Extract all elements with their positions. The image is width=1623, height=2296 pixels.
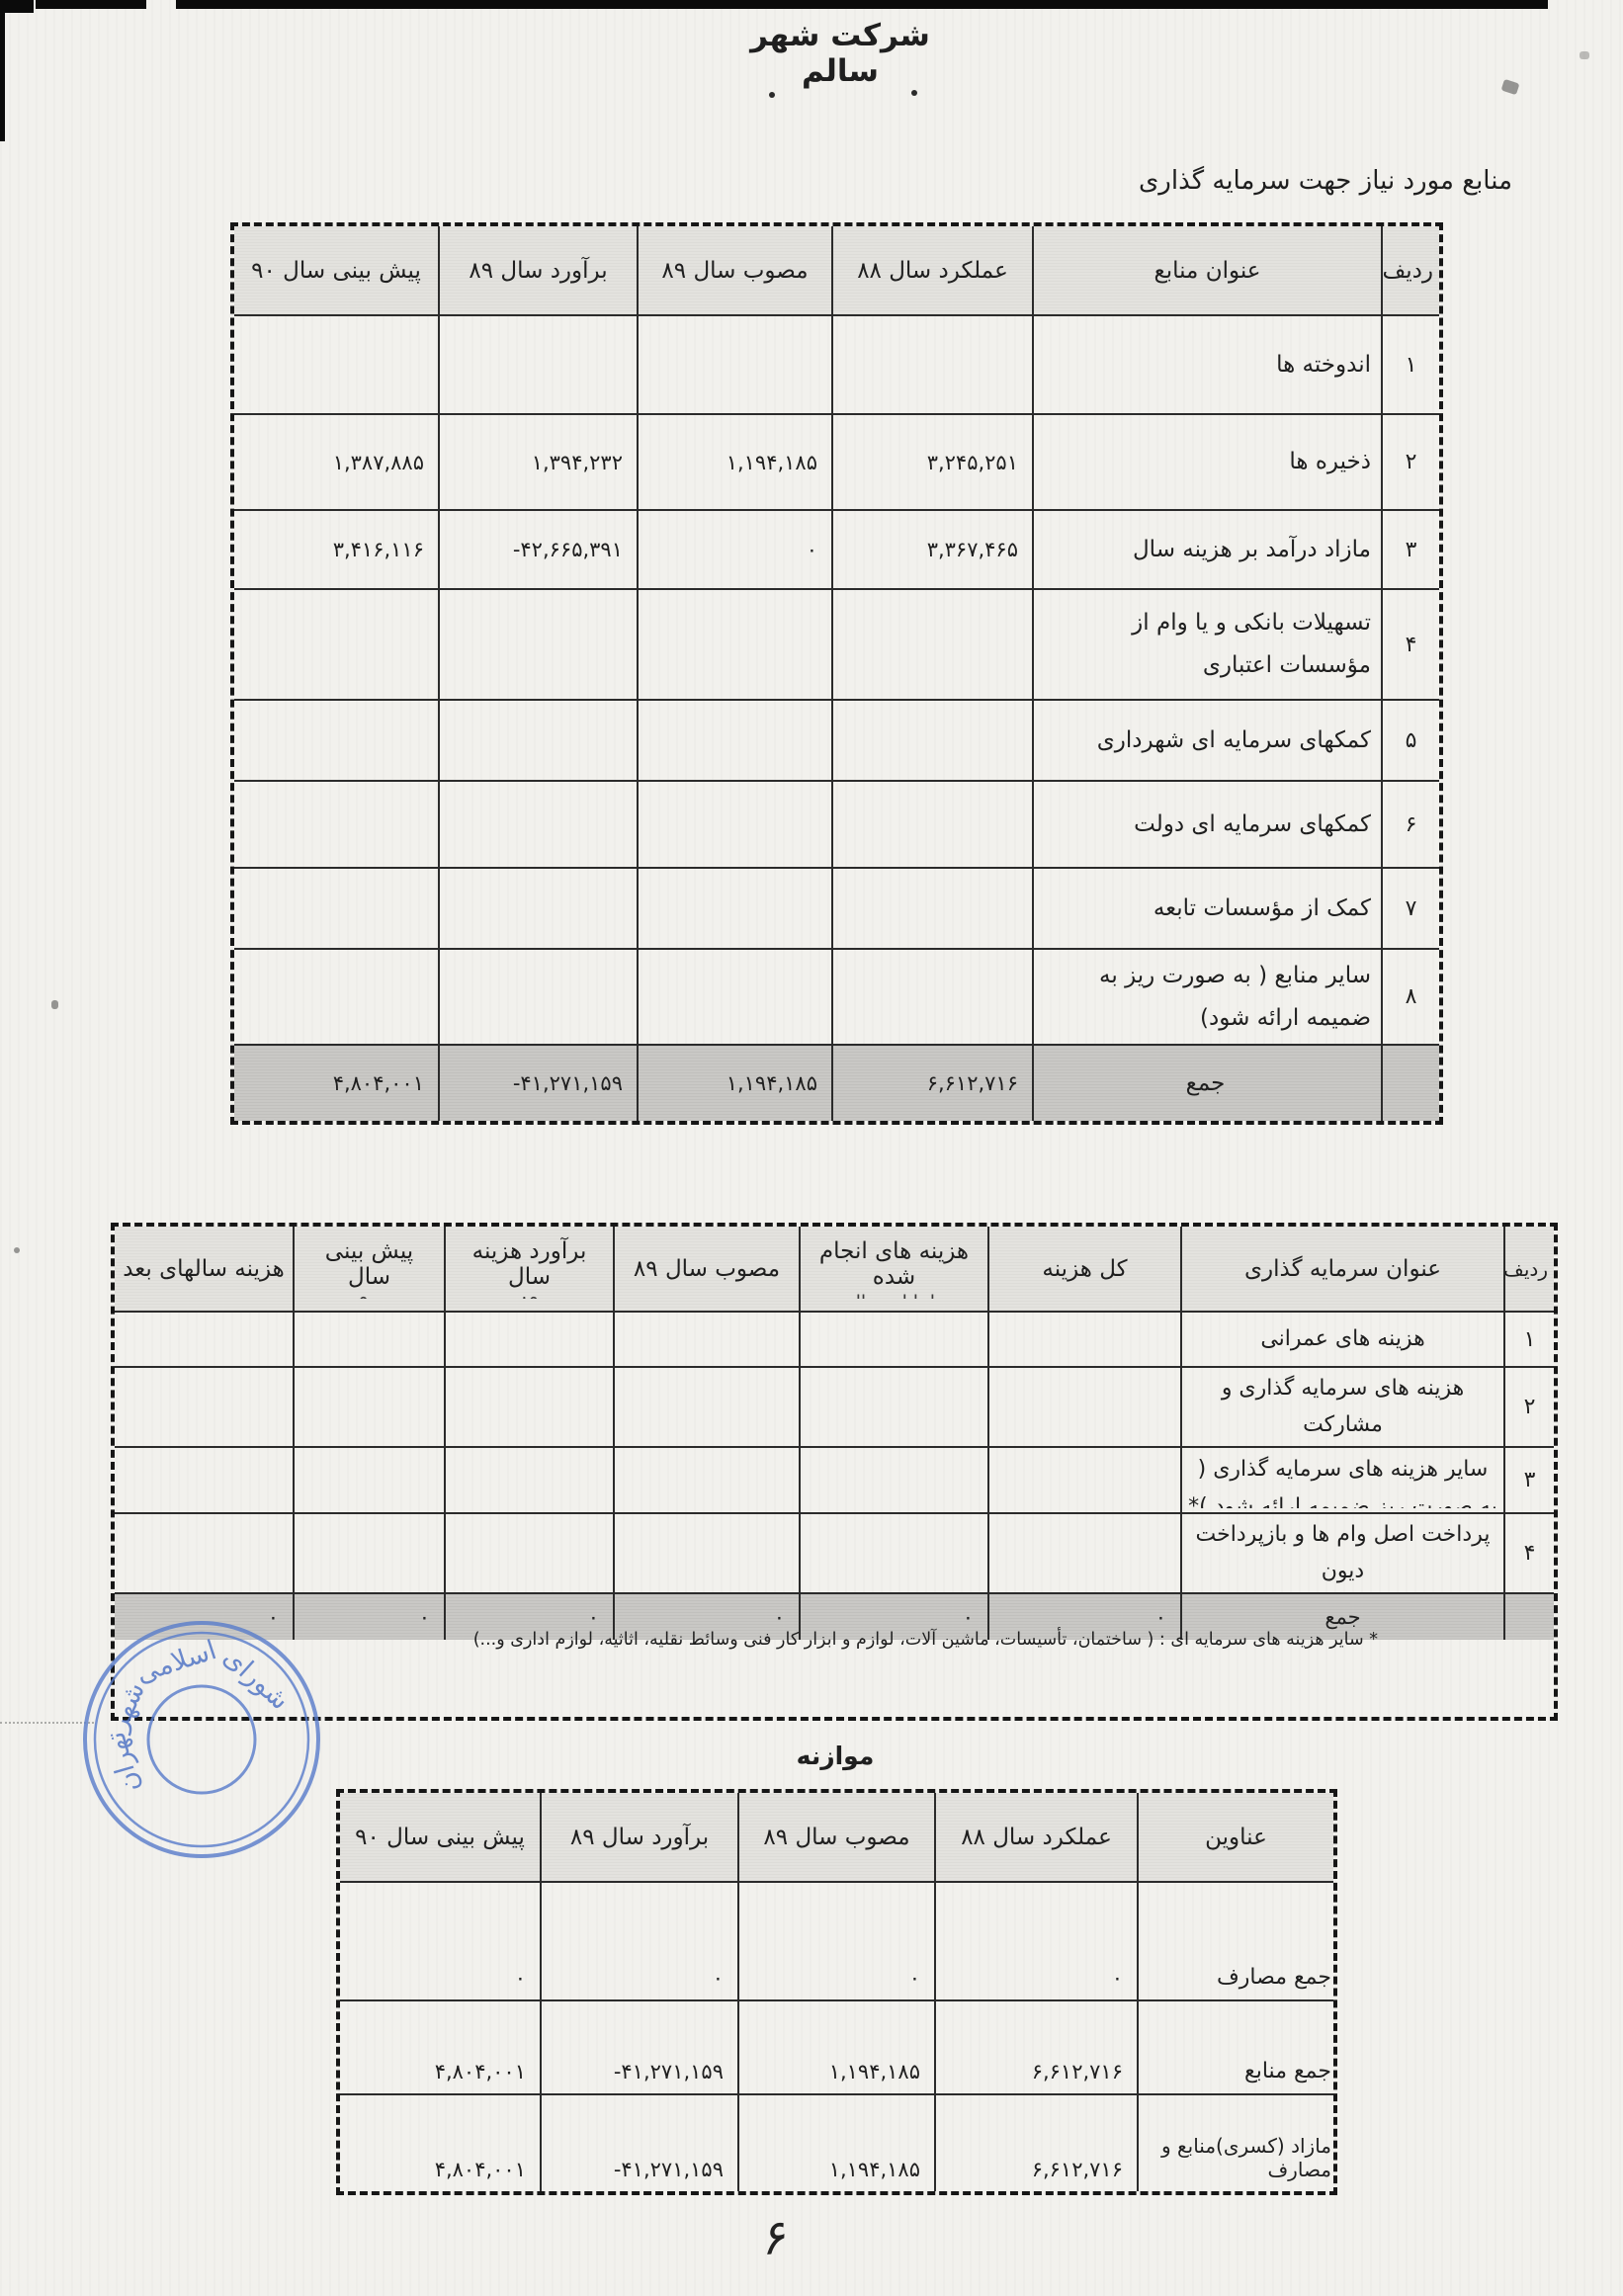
col-header-forecast90: پیش بینی سال ۹۰ — [234, 226, 439, 315]
row-label: جمع مصارف — [1138, 1882, 1333, 2000]
row-number — [1504, 1593, 1554, 1640]
scan-speck — [1501, 79, 1520, 95]
cell-approved89 — [638, 949, 832, 1045]
cell-estimate — [445, 1312, 614, 1367]
cell-forecast — [294, 1367, 445, 1447]
col-header-estimate-line1: برآورد هزینه سال — [472, 1238, 587, 1290]
stamp-word: شورای — [217, 1642, 296, 1716]
resources-table: ردیف عنوان منابع عملکرد سال ۸۸ مصوب سال … — [230, 222, 1443, 1125]
cell-done — [800, 1447, 988, 1513]
cell-total-cost — [988, 1447, 1181, 1513]
row-label: کمکهای سرمایه ای دولت — [1033, 781, 1382, 868]
cell-approved89: ۱,۱۹۴,۱۸۵ — [638, 414, 832, 510]
scan-speck — [1580, 51, 1589, 59]
company-title: شرکت شهر سالم — [712, 18, 969, 89]
row-number: ۱ — [1382, 315, 1439, 414]
cell-approved89 — [614, 1367, 800, 1447]
cell-perf88: ۰ — [935, 1882, 1138, 2000]
cell-approved89 — [638, 781, 832, 868]
cell-estimate89 — [439, 781, 638, 868]
stamp-word: تهران — [100, 1729, 146, 1796]
row-label-text: سایر هزینه های سرمایه گذاری ( به صورت ری… — [1188, 1451, 1497, 1508]
cell-perf88: ۶,۶۱۲,۷۱۶ — [935, 2000, 1138, 2094]
col-header-approved89: مصوب سال ۸۹ — [638, 226, 832, 315]
cell-approved89: ۱,۱۹۴,۱۸۵ — [738, 2000, 935, 2094]
cell-approved89: ۰ — [738, 1882, 935, 2000]
cell-estimate89: -۴۱,۲۷۱,۱۵۹ — [541, 2094, 738, 2191]
table-row: جمع مصارف ۰ ۰ ۰ ۰ — [340, 1882, 1333, 2000]
cell-perf88: ۳,۲۴۵,۲۵۱ — [832, 414, 1033, 510]
cell-forecast90 — [234, 315, 439, 414]
cell-forecast90: ۴,۸۰۴,۰۰۱ — [340, 2094, 541, 2191]
row-number: ۵ — [1382, 700, 1439, 781]
col-header-forecast: پیش بینی سال ۹۰ — [294, 1227, 445, 1312]
cell-done — [800, 1367, 988, 1447]
cell-estimate — [445, 1367, 614, 1447]
col-header-name: عنوان منابع — [1033, 226, 1382, 315]
table-row: ۲ هزینه های سرمایه گذاری و مشارکت — [115, 1367, 1554, 1447]
cell-approved89 — [614, 1312, 800, 1367]
col-header-forecast-line2: ۹۰ — [300, 1290, 438, 1299]
resources-header-row: ردیف عنوان منابع عملکرد سال ۸۸ مصوب سال … — [234, 226, 1439, 315]
col-header-done-line2: تا پایان سال — [807, 1290, 982, 1299]
total-forecast90: ۴,۸۰۴,۰۰۱ — [234, 1045, 439, 1121]
table-row: ۱ اندوخته ها — [234, 315, 1439, 414]
row-label: پرداخت اصل وام ها و بازپرداخت دیون — [1181, 1513, 1504, 1593]
cell-later-years — [115, 1312, 294, 1367]
cell-forecast90 — [234, 589, 439, 700]
table-row: جمع منابع ۶,۶۱۲,۷۱۶ ۱,۱۹۴,۱۸۵ -۴۱,۲۷۱,۱۵… — [340, 2000, 1333, 2094]
cell-later-years — [115, 1447, 294, 1513]
cell-total-cost — [988, 1367, 1181, 1447]
row-label: کمکهای سرمایه ای شهرداری — [1033, 700, 1382, 781]
cell-estimate89: ۰ — [541, 1882, 738, 2000]
balance-header-row: عناوین عملکرد سال ۸۸ مصوب سال ۸۹ برآورد … — [340, 1793, 1333, 1882]
total-approved89: ۱,۱۹۴,۱۸۵ — [638, 1045, 832, 1121]
table-row: ۱ هزینه های عمرانی — [115, 1312, 1554, 1367]
cell-approved89 — [614, 1447, 800, 1513]
expenses-footnote: * سایر هزینه های سرمایه ای : ( ساختمان، … — [439, 1630, 1378, 1650]
balance-table: عناوین عملکرد سال ۸۸ مصوب سال ۸۹ برآورد … — [336, 1789, 1337, 2195]
cell-done — [800, 1312, 988, 1367]
col-header-forecast-line1: پیش بینی سال — [325, 1238, 413, 1290]
cell-forecast90 — [234, 949, 439, 1045]
cell-estimate — [445, 1513, 614, 1593]
table-row: ۶ کمکهای سرمایه ای دولت — [234, 781, 1439, 868]
cell-forecast90: ۱,۳۸۷,۸۸۵ — [234, 414, 439, 510]
col-header-estimate89: برآورد سال ۸۹ — [541, 1793, 738, 1882]
cell-perf88 — [832, 949, 1033, 1045]
cell-approved89: ۰ — [638, 510, 832, 589]
col-header-perf88: عملکرد سال ۸۸ — [935, 1793, 1138, 1882]
col-header-estimate-line2: ۸۹ — [452, 1290, 607, 1299]
table-row: مازاد (کسری)منابع و مصارف ۶,۶۱۲,۷۱۶ ۱,۱۹… — [340, 2094, 1333, 2191]
row-number: ۳ — [1504, 1447, 1554, 1513]
cell-estimate89 — [439, 589, 638, 700]
table-row: ۳ سایر هزینه های سرمایه گذاری ( به صورت … — [115, 1447, 1554, 1513]
row-number: ۲ — [1504, 1367, 1554, 1447]
table-row: ۵ کمکهای سرمایه ای شهرداری — [234, 700, 1439, 781]
cell-forecast90 — [234, 700, 439, 781]
ink-dot — [769, 92, 775, 98]
cell-perf88 — [832, 589, 1033, 700]
row-number: ۶ — [1382, 781, 1439, 868]
cell-estimate89: -۴۱,۲۷۱,۱۵۹ — [541, 2000, 738, 2094]
cell-estimate89 — [439, 949, 638, 1045]
table-row: ۷ کمک از مؤسسات تابعه — [234, 868, 1439, 949]
col-header-forecast90: پیش بینی سال ۹۰ — [340, 1793, 541, 1882]
row-label: مازاد (کسری)منابع و مصارف — [1138, 2094, 1333, 2191]
expenses-table: ردیف عنوان سرمایه گذاری کل هزینه هزینه ه… — [111, 1223, 1558, 1721]
cell-estimate — [445, 1447, 614, 1513]
table-row: ۸ سایر منابع ( به صورت ریز به ضمیمه ارائ… — [234, 949, 1439, 1045]
col-header-done: هزینه های انجام شده تا پایان سال — [800, 1227, 988, 1312]
scan-edge-bar — [0, 0, 34, 13]
scan-speck — [51, 1000, 58, 1009]
stamp-word: اسلامی — [132, 1635, 220, 1689]
row-label: هزینه های عمرانی — [1181, 1312, 1504, 1367]
row-number: ۳ — [1382, 510, 1439, 589]
expenses-header-row: ردیف عنوان سرمایه گذاری کل هزینه هزینه ه… — [115, 1227, 1554, 1312]
table-row: ۲ ذخیره ها ۳,۲۴۵,۲۵۱ ۱,۱۹۴,۱۸۵ ۱,۳۹۴,۲۳۲… — [234, 414, 1439, 510]
cell-total-cost — [988, 1513, 1181, 1593]
col-header-estimate: برآورد هزینه سال ۸۹ — [445, 1227, 614, 1312]
cell-done — [800, 1513, 988, 1593]
total-estimate89: -۴۱,۲۷۱,۱۵۹ — [439, 1045, 638, 1121]
total-label: جمع — [1033, 1045, 1382, 1121]
page-number: ۶ — [762, 2209, 791, 2267]
cell-forecast — [294, 1312, 445, 1367]
row-number: ۷ — [1382, 868, 1439, 949]
table-row: ۴ تسهیلات بانکی و یا وام از مؤسسات اعتبا… — [234, 589, 1439, 700]
col-header-perf88: عملکرد سال ۸۸ — [832, 226, 1033, 315]
col-header-titles: عناوین — [1138, 1793, 1333, 1882]
cell-forecast90: ۰ — [340, 1882, 541, 2000]
row-number: ۸ — [1382, 949, 1439, 1045]
row-number — [1382, 1045, 1439, 1121]
table-row: ۴ پرداخت اصل وام ها و بازپرداخت دیون — [115, 1513, 1554, 1593]
col-header-done-line1: هزینه های انجام شده — [819, 1238, 969, 1290]
col-header-estimate89: برآورد سال ۸۹ — [439, 226, 638, 315]
cell-perf88 — [832, 781, 1033, 868]
cell-perf88: ۳,۳۶۷,۴۶۵ — [832, 510, 1033, 589]
resources-section-title: منابع مورد نیاز جهت سرمایه گذاری — [1068, 166, 1512, 196]
cell-forecast — [294, 1513, 445, 1593]
cell-forecast90: ۴,۸۰۴,۰۰۱ — [340, 2000, 541, 2094]
col-header-total-cost: کل هزینه — [988, 1227, 1181, 1312]
row-number: ۴ — [1382, 589, 1439, 700]
cell-forecast — [294, 1447, 445, 1513]
balance-title: موازنه — [771, 1742, 899, 1770]
cell-estimate89 — [439, 315, 638, 414]
col-header-name: عنوان سرمایه گذاری — [1181, 1227, 1504, 1312]
cell-approved89: ۱,۱۹۴,۱۸۵ — [738, 2094, 935, 2191]
scan-speck — [14, 1247, 20, 1253]
col-header-radif: ردیف — [1382, 226, 1439, 315]
cell-perf88 — [832, 868, 1033, 949]
cell-estimate89: ۱,۳۹۴,۲۳۲ — [439, 414, 638, 510]
cell-perf88 — [832, 700, 1033, 781]
cell-approved89 — [638, 315, 832, 414]
cell-perf88: ۶,۶۱۲,۷۱۶ — [935, 2094, 1138, 2191]
col-header-radif: ردیف — [1504, 1227, 1554, 1312]
row-label: هزینه های سرمایه گذاری و مشارکت — [1181, 1367, 1504, 1447]
stamp-graphic: شورای اسلامی شهر تهران — [79, 1617, 324, 1862]
council-stamp: شورای اسلامی شهر تهران — [79, 1617, 324, 1862]
cell-approved89 — [638, 700, 832, 781]
row-label: اندوخته ها — [1033, 315, 1382, 414]
col-header-approved89: مصوب سال ۸۹ — [738, 1793, 935, 1882]
cell-approved89 — [638, 589, 832, 700]
cell-approved89 — [614, 1513, 800, 1593]
row-label: ذخیره ها — [1033, 414, 1382, 510]
col-header-approved89: مصوب سال ۸۹ — [614, 1227, 800, 1312]
cell-forecast90 — [234, 868, 439, 949]
scan-edge-bar — [176, 0, 1548, 9]
col-header-later-years: هزینه سالهای بعد — [115, 1227, 294, 1312]
row-label: کمک از مؤسسات تابعه — [1033, 868, 1382, 949]
scan-edge-sliver — [0, 13, 5, 141]
cell-approved89 — [638, 868, 832, 949]
table-row: ۳ مازاد درآمد بر هزینه سال ۳,۳۶۷,۴۶۵ ۰ -… — [234, 510, 1439, 589]
cell-perf88 — [832, 315, 1033, 414]
scanned-budget-page: { "page": { "company": "شرکت شهر سالم", … — [0, 0, 1623, 2296]
cell-estimate89 — [439, 700, 638, 781]
row-label: سایر منابع ( به صورت ریز به ضمیمه ارائه … — [1033, 949, 1382, 1045]
cell-estimate89 — [439, 868, 638, 949]
row-number: ۲ — [1382, 414, 1439, 510]
row-number: ۴ — [1504, 1513, 1554, 1593]
row-label: جمع منابع — [1138, 2000, 1333, 2094]
cell-later-years — [115, 1367, 294, 1447]
scan-edge-bar — [36, 0, 146, 9]
cell-forecast90: ۳,۴۱۶,۱۱۶ — [234, 510, 439, 589]
row-label: تسهیلات بانکی و یا وام از مؤسسات اعتباری — [1033, 589, 1382, 700]
row-label: مازاد درآمد بر هزینه سال — [1033, 510, 1382, 589]
total-perf88: ۶,۶۱۲,۷۱۶ — [832, 1045, 1033, 1121]
cell-estimate89: -۴۲,۶۶۵,۳۹۱ — [439, 510, 638, 589]
ink-dot — [911, 90, 917, 96]
resources-total-row: جمع ۶,۶۱۲,۷۱۶ ۱,۱۹۴,۱۸۵ -۴۱,۲۷۱,۱۵۹ ۴,۸۰… — [234, 1045, 1439, 1121]
cell-later-years — [115, 1513, 294, 1593]
cell-total-cost — [988, 1312, 1181, 1367]
row-label: سایر هزینه های سرمایه گذاری ( به صورت ری… — [1181, 1447, 1504, 1513]
row-number: ۱ — [1504, 1312, 1554, 1367]
cell-forecast90 — [234, 781, 439, 868]
